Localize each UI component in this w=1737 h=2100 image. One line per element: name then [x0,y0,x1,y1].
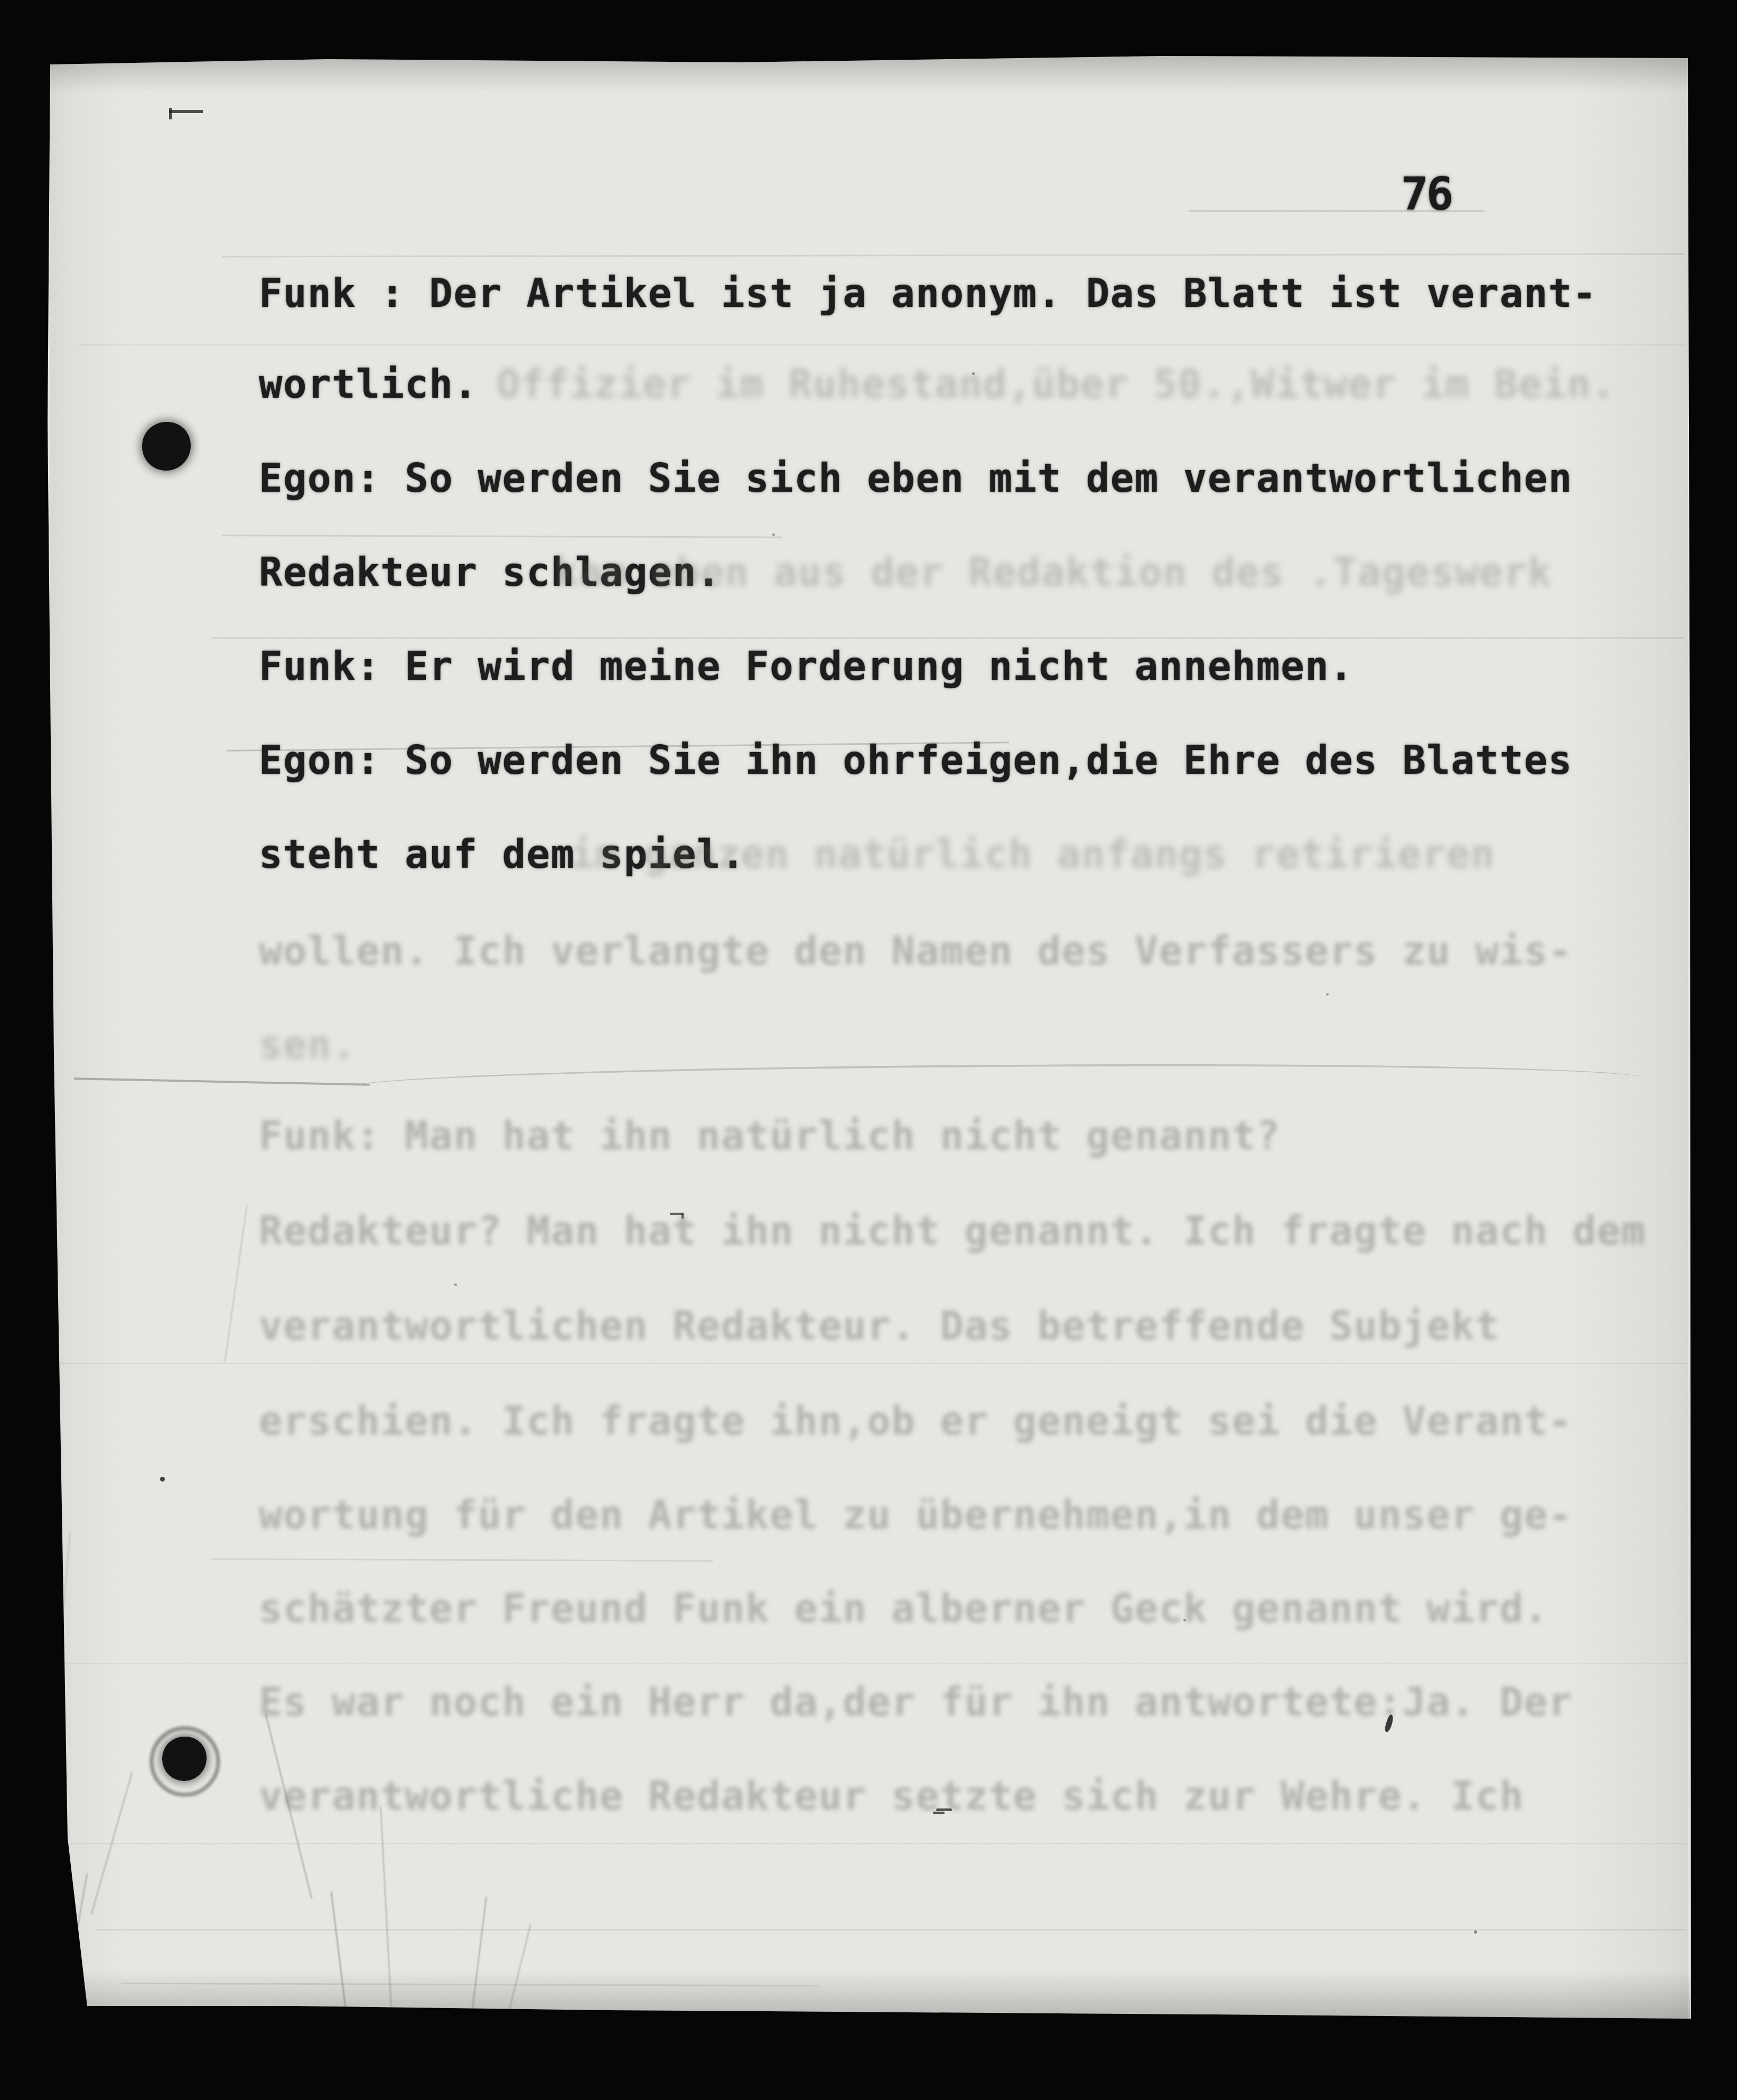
ghost-line: erschien. Ich fragte ihn,ob er geneigt s… [259,1399,1573,1444]
ghost-line: schätzter Freund Funk ein alberner Geck … [259,1586,1548,1632]
left-shade-band [50,0,124,2100]
scan-line-artifact [1189,210,1484,212]
crease-artifact [506,1924,531,2021]
crease-artifact [62,1873,88,2014]
crease-artifact [224,1205,248,1362]
ink-speck [454,1283,457,1286]
ghost-line: wollen. Ich verlangte den Namen des Verf… [259,929,1573,974]
ghost-line: kam eben aus der Redaktion des .Tageswer… [555,550,1552,595]
ink-speck [1183,1619,1186,1621]
typed-line: Egon: So werden Sie ihn ohrfeigen,die Eh… [259,738,1573,783]
scan-line-artifact [222,535,782,538]
scan-line-artifact [211,1558,713,1561]
typed-line: Funk : Der Artikel ist ja anonym. Das Bl… [259,271,1597,316]
ink-speck [1474,1930,1477,1934]
scan-line-artifact [79,344,1685,345]
scan-line-artifact [222,254,1685,258]
ghost-line: Es war noch ein Herr da,der für ihn antw… [259,1680,1573,1725]
scan-line-artifact [50,1363,1688,1364]
scanned-page: 76 Funk : Der Artikel ist ja anonym. Das… [0,0,1737,2100]
ghost-line: Offizier im Ruhestand,über 50.,Witwer im… [497,362,1615,407]
bottom-edge-shade [50,1970,1691,2019]
scan-line-artifact [349,1060,1643,1087]
typed-line: Funk: Er wird meine Forderung nicht anne… [259,644,1353,689]
ghost-line: verantwortlichen Redakteur. Das betreffe… [259,1304,1500,1349]
hole-punch [142,422,191,471]
ghost-line: Funk: Man hat ihn natürlich nicht genann… [259,1113,1281,1159]
typed-line: wortlich. [259,362,478,407]
ghost-line: im ganzen natürlich anfangs retirieren [571,832,1495,877]
crease-artifact [380,1806,393,2028]
scan-line-artifact [50,1843,1688,1844]
page-number: 76 [1401,168,1452,221]
ghost-line: wortung für den Artikel zu übernehmen,in… [259,1493,1573,1538]
hole-punch [162,1737,207,1781]
top-edge-shade [50,55,1688,92]
scan-line-artifact [122,1983,819,1987]
ink-speck [772,533,775,536]
scan-line-artifact [211,637,1685,639]
ghost-line: verantwortliche Redakteur setzte sich zu… [259,1774,1524,1819]
ghost-line: Redakteur? Man hat ihn nicht genannt. Ic… [259,1208,1646,1254]
crease-artifact [58,1532,71,1668]
scan-line-artifact [95,1929,1685,1930]
scan-line-artifact [74,1077,370,1086]
paper-sheet: 76 Funk : Der Artikel ist ja anonym. Das… [0,0,1737,2100]
ink-speck [972,372,975,375]
typed-line: Egon: So werden Sie sich eben mit dem ve… [259,456,1573,501]
ink-speck [160,1477,165,1482]
scan-line-artifact [50,1663,1688,1664]
ink-speck [1326,993,1329,996]
crease-artifact [330,1891,347,2018]
ghost-line: sen. [259,1023,356,1068]
crease-artifact [471,1897,487,2018]
